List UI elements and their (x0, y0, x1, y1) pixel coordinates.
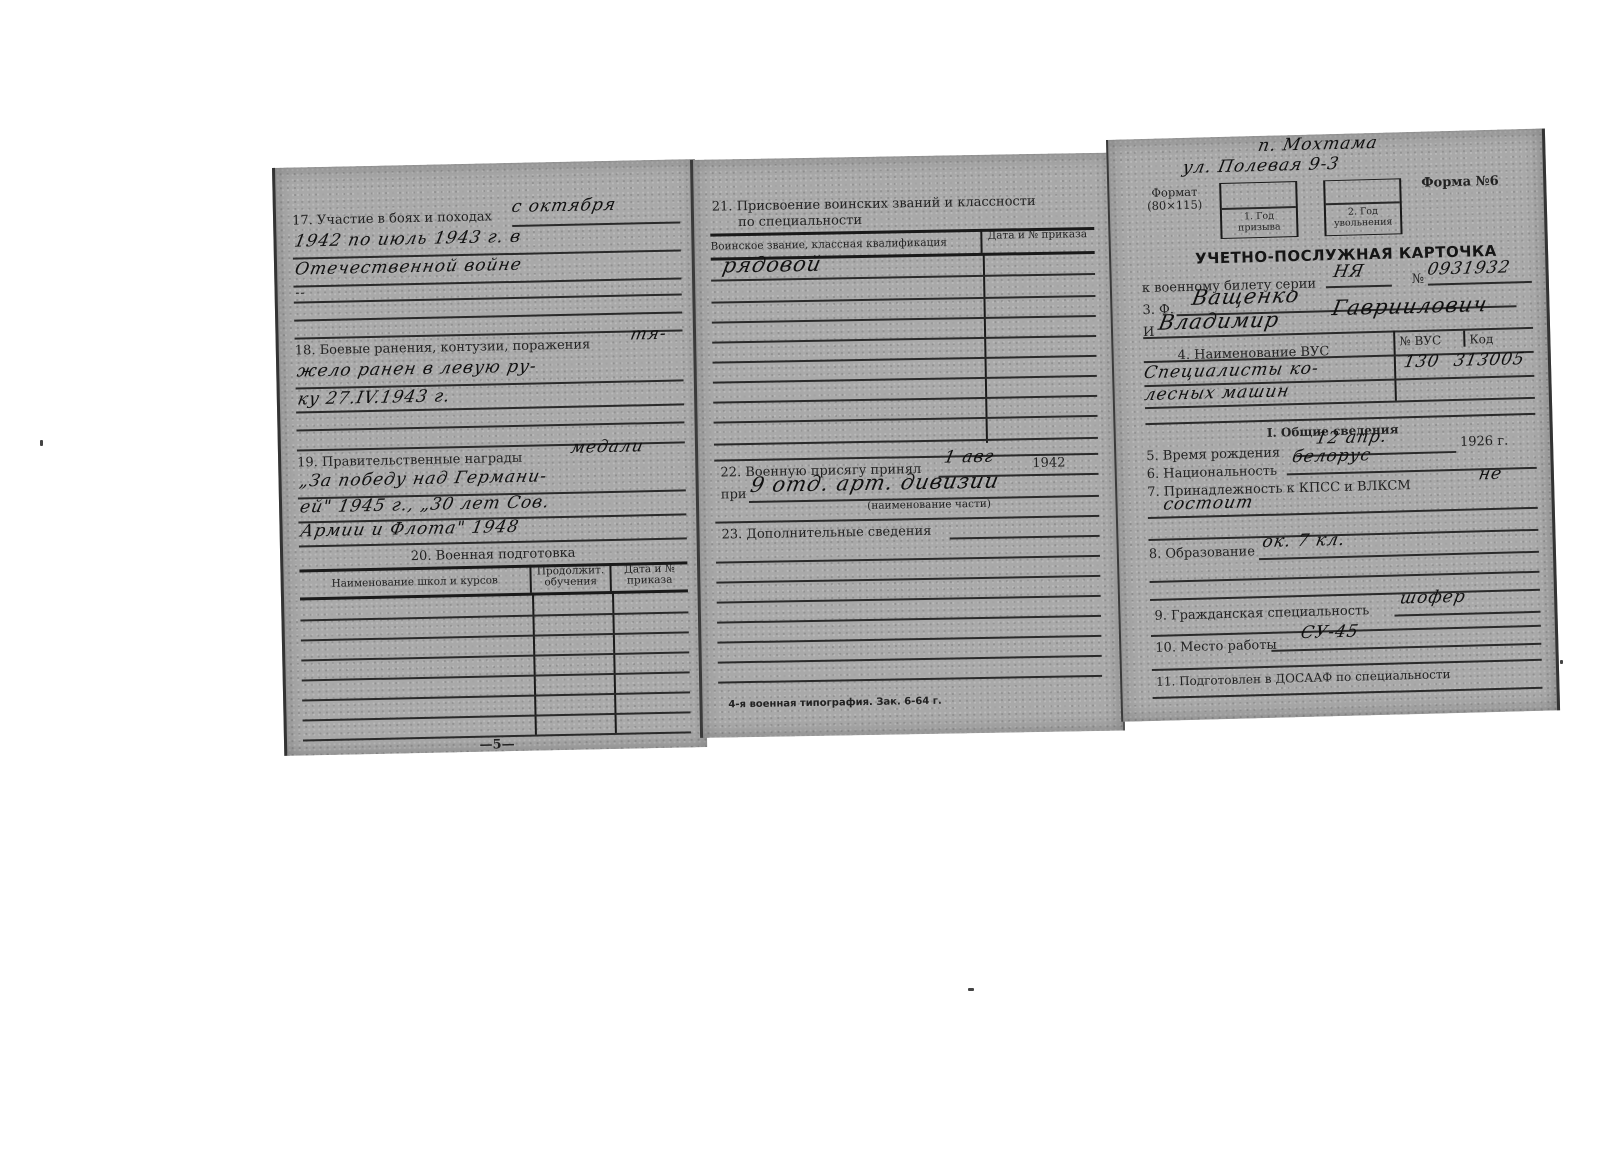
ticket-series: НЯ (1332, 261, 1366, 282)
field18-hand-2: жело ранен в левую ру- (295, 356, 538, 381)
format-size: (80×115) (1140, 198, 1210, 213)
field17-hand-4: -- (294, 285, 307, 299)
field21-rank-value: рядовой (721, 252, 824, 278)
nationality-label: 6. Национальность (1147, 464, 1278, 482)
format-label: Формат (80×115) (1139, 185, 1210, 213)
field22-at-label: при (721, 487, 747, 502)
ticket-number-label: № (1412, 272, 1425, 287)
field22-unit: 9 отд. арт. дивизии (748, 469, 1001, 497)
scan-speck (40, 440, 43, 446)
field17-hand-3: Отечественной войне (293, 255, 523, 280)
box2-caption: 2. Год увольнения (1326, 205, 1401, 229)
workplace: СУ-45 (1299, 622, 1360, 644)
nationality: белорус (1291, 445, 1373, 467)
year-of-call-box: 1. Год призыва (1219, 181, 1298, 239)
party-hand-2: состоит (1162, 492, 1255, 514)
field22-year: 1942 (1032, 455, 1065, 471)
year-of-discharge-box: 2. Год увольнения (1323, 178, 1402, 236)
field21-col-rank: Воинское звание, классная квалификация (710, 237, 980, 253)
vus-code: 313005 (1452, 349, 1527, 371)
field17-hand-2: 1942 по июль 1943 г. в (293, 227, 523, 252)
field22-unit-caption: (наименование части) (849, 498, 1009, 512)
surname: Ващенко (1190, 283, 1302, 310)
party-hand-1: не (1477, 464, 1504, 485)
printer-note: 4-я военная типография. Зак. 6-64 г. (728, 696, 941, 711)
ticket-number: 0931932 (1426, 257, 1512, 279)
scanned-military-card: 17. Участие в боях и походах с октября 1… (0, 0, 1600, 1154)
page-middle: 21. Присвоение воинских званий и классно… (690, 153, 1125, 738)
patronymic: Гавриилович (1330, 292, 1489, 320)
field20-col-order: Дата и № приказа (611, 563, 687, 587)
civil-spec: шофер (1398, 587, 1467, 609)
dosaaf-label: 11. Подготовлен в ДОСААФ по специальност… (1156, 667, 1451, 689)
field18-hand-1: тя- (629, 324, 669, 345)
scan-speck (1560, 660, 1563, 664)
birth-year: 1926 г. (1460, 434, 1509, 450)
page-left: 17. Участие в боях и походах с октября 1… (272, 159, 707, 756)
vus-name-hand-2: лесных машин (1143, 381, 1292, 405)
education: ок. 7 кл. (1261, 530, 1347, 552)
field19-hand-3: ей" 1945 г., „30 лет Сов. (298, 492, 551, 517)
field17-hand-1: с октября (510, 195, 618, 217)
page-right: п. Мохтама ул. Полевая 9-3 Формат (80×11… (1106, 129, 1560, 722)
name: Владимир (1157, 307, 1282, 334)
field21-label-2: по специальности (738, 213, 862, 230)
workplace-label: 10. Место работы (1155, 638, 1277, 656)
page-number: —5— (287, 733, 707, 757)
field21-label-1: 21. Присвоение воинских званий и классно… (712, 194, 1036, 215)
field19-hand-4: Армии и Флота" 1948 (299, 517, 521, 542)
field22-date: 1 авг (942, 447, 996, 468)
field19-hand-1: медали (569, 436, 646, 458)
field17-label: 17. Участие в боях и походах (292, 209, 492, 228)
field19-hand-2: „За победу над Германи- (298, 466, 549, 491)
field23-label: 23. Дополнительные сведения (721, 524, 931, 543)
box1-caption: 1. Год призыва (1222, 210, 1297, 234)
civil-spec-label: 9. Гражданская специальность (1154, 603, 1369, 624)
address-hand-1: п. Мохтама (1256, 133, 1379, 156)
vus-number: 130 (1402, 351, 1441, 372)
scan-speck (968, 988, 974, 991)
field20-col-school: Наименование школ и курсов (300, 575, 530, 591)
field18-label: 18. Боевые ранения, контузии, поражения (295, 337, 591, 358)
field18-hand-3: ку 27.IV.1943 г. (296, 386, 452, 409)
vus-col-code: Код (1469, 332, 1493, 347)
vus-name-hand-1: Специалисты ко- (1142, 358, 1320, 383)
form-number: Форма №6 (1421, 174, 1499, 191)
vus-col-number: № ВУС (1399, 333, 1441, 348)
education-label: 8. Образование (1149, 544, 1255, 562)
field21-col-order: Дата и № приказа (984, 229, 1090, 242)
birth-label: 5. Время рождения (1146, 446, 1280, 464)
field20-col-duration: Продолжит. обучения (531, 565, 609, 589)
address-hand-2: ул. Полевая 9-3 (1181, 154, 1341, 178)
